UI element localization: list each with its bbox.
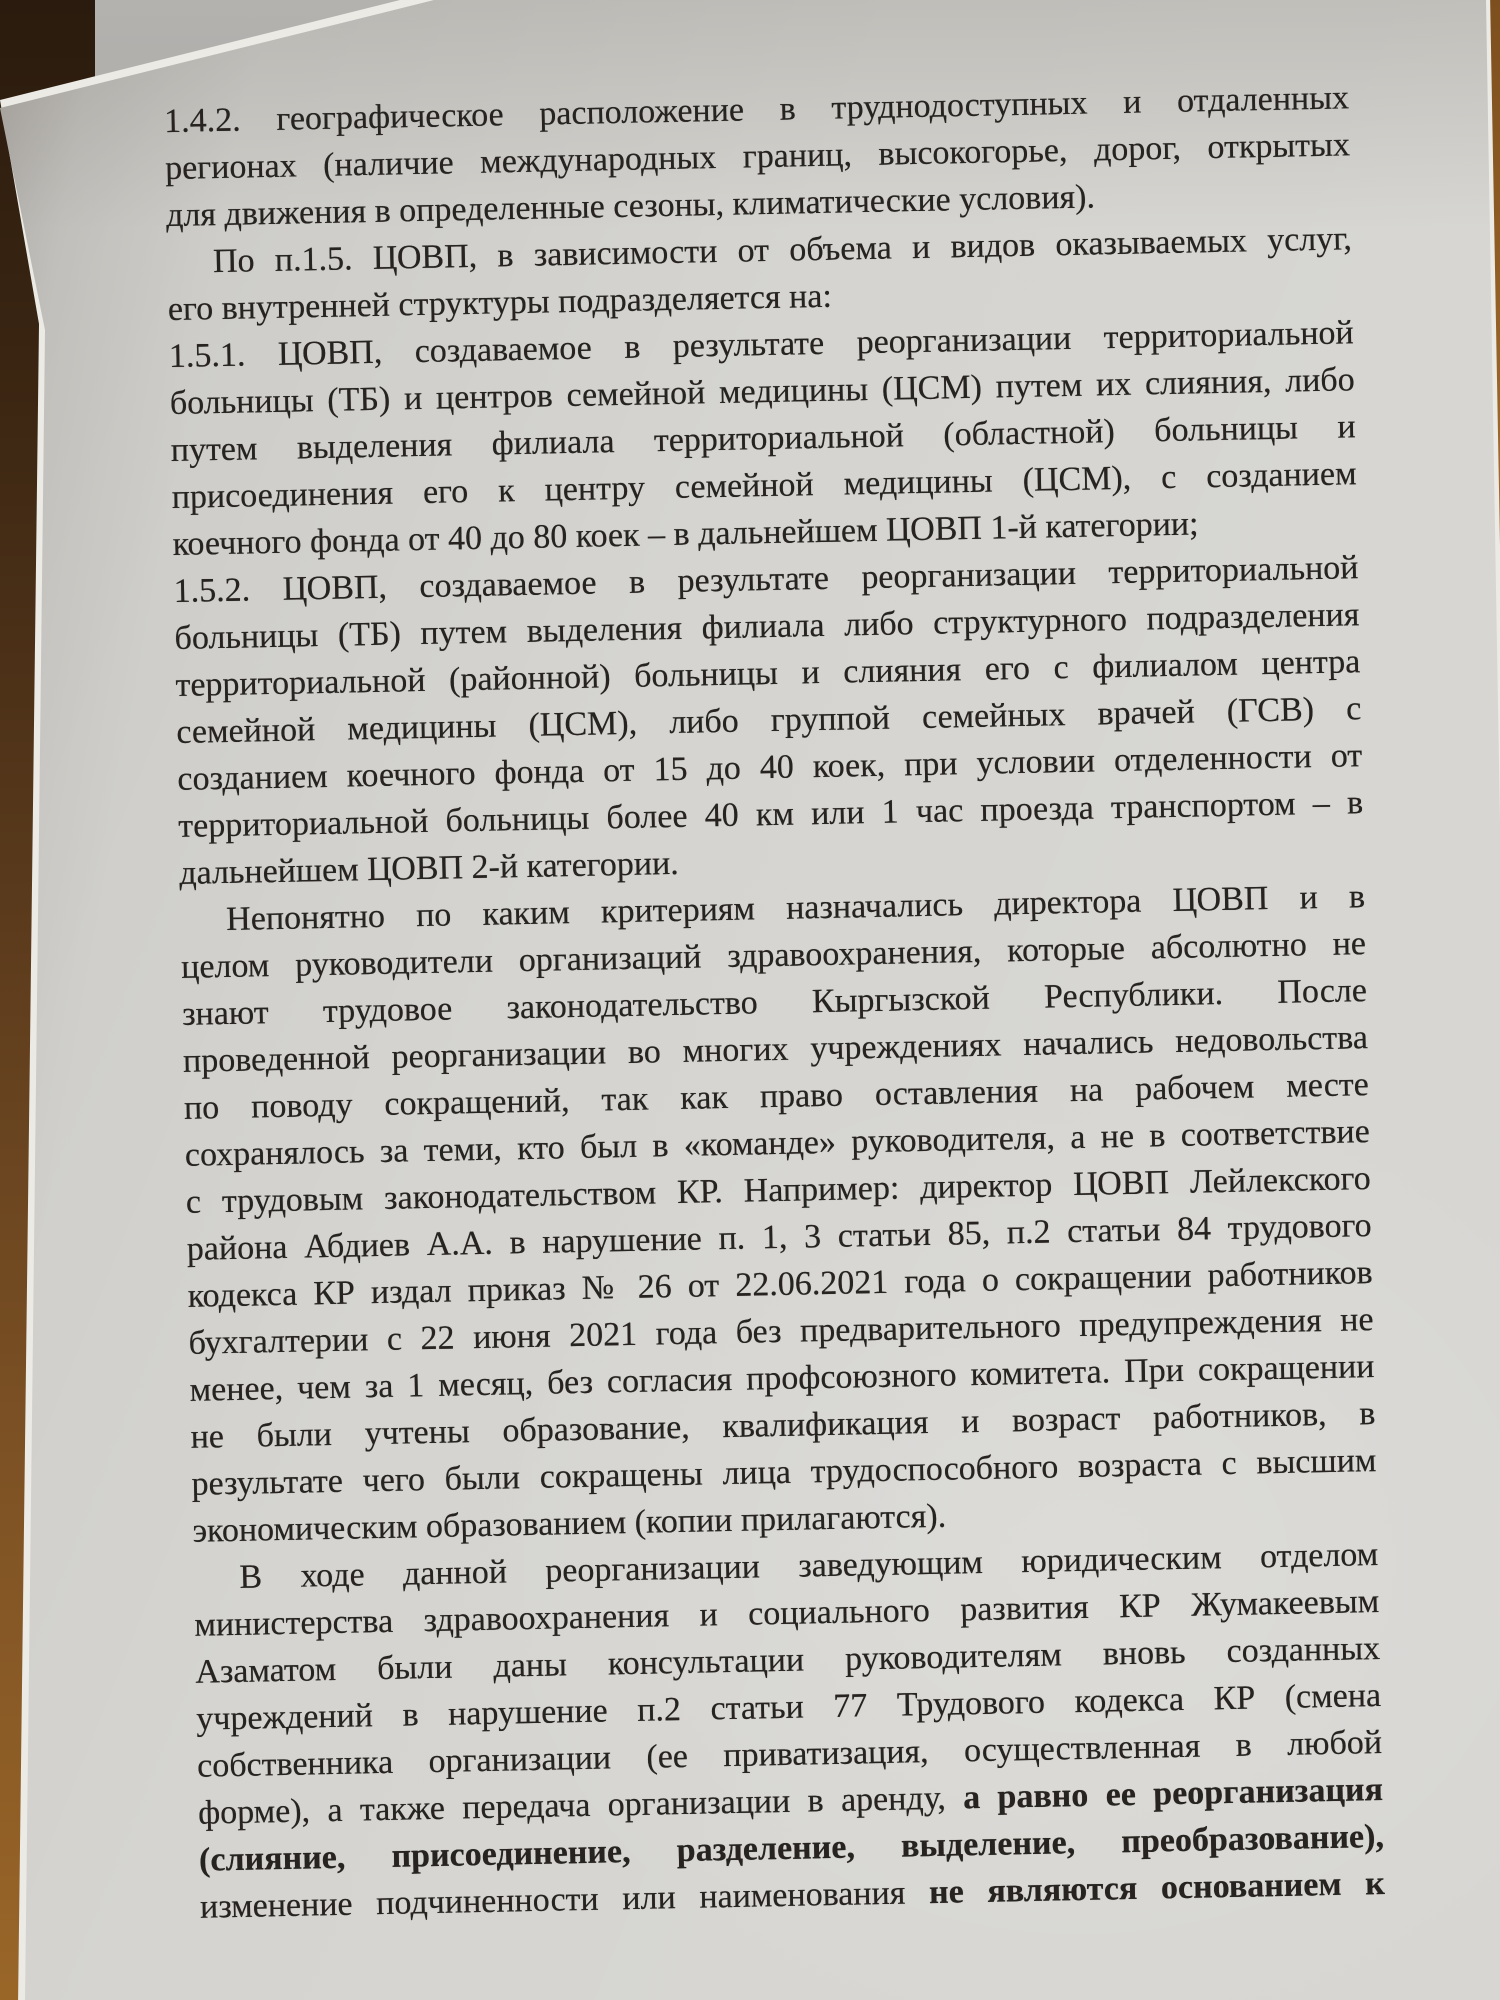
bold-text-segment: не являются основанием к [929, 1865, 1386, 1911]
document-text-block: 1.4.2. географическое расположение в тру… [164, 74, 1386, 1930]
photo-scene: 1.4.2. географическое расположение в тру… [0, 0, 1500, 2000]
bold-text-segment: а равно ее реорганизация [963, 1771, 1384, 1816]
text-segment: изменение подчиненности или наименования [200, 1874, 930, 1926]
document-page: 1.4.2. географическое расположение в тру… [0, 0, 1500, 2000]
text-segment: его внутренней структуры подразделяется … [168, 278, 833, 328]
text-segment: дальнейшем ЦОВП 2-й категории. [179, 845, 679, 892]
